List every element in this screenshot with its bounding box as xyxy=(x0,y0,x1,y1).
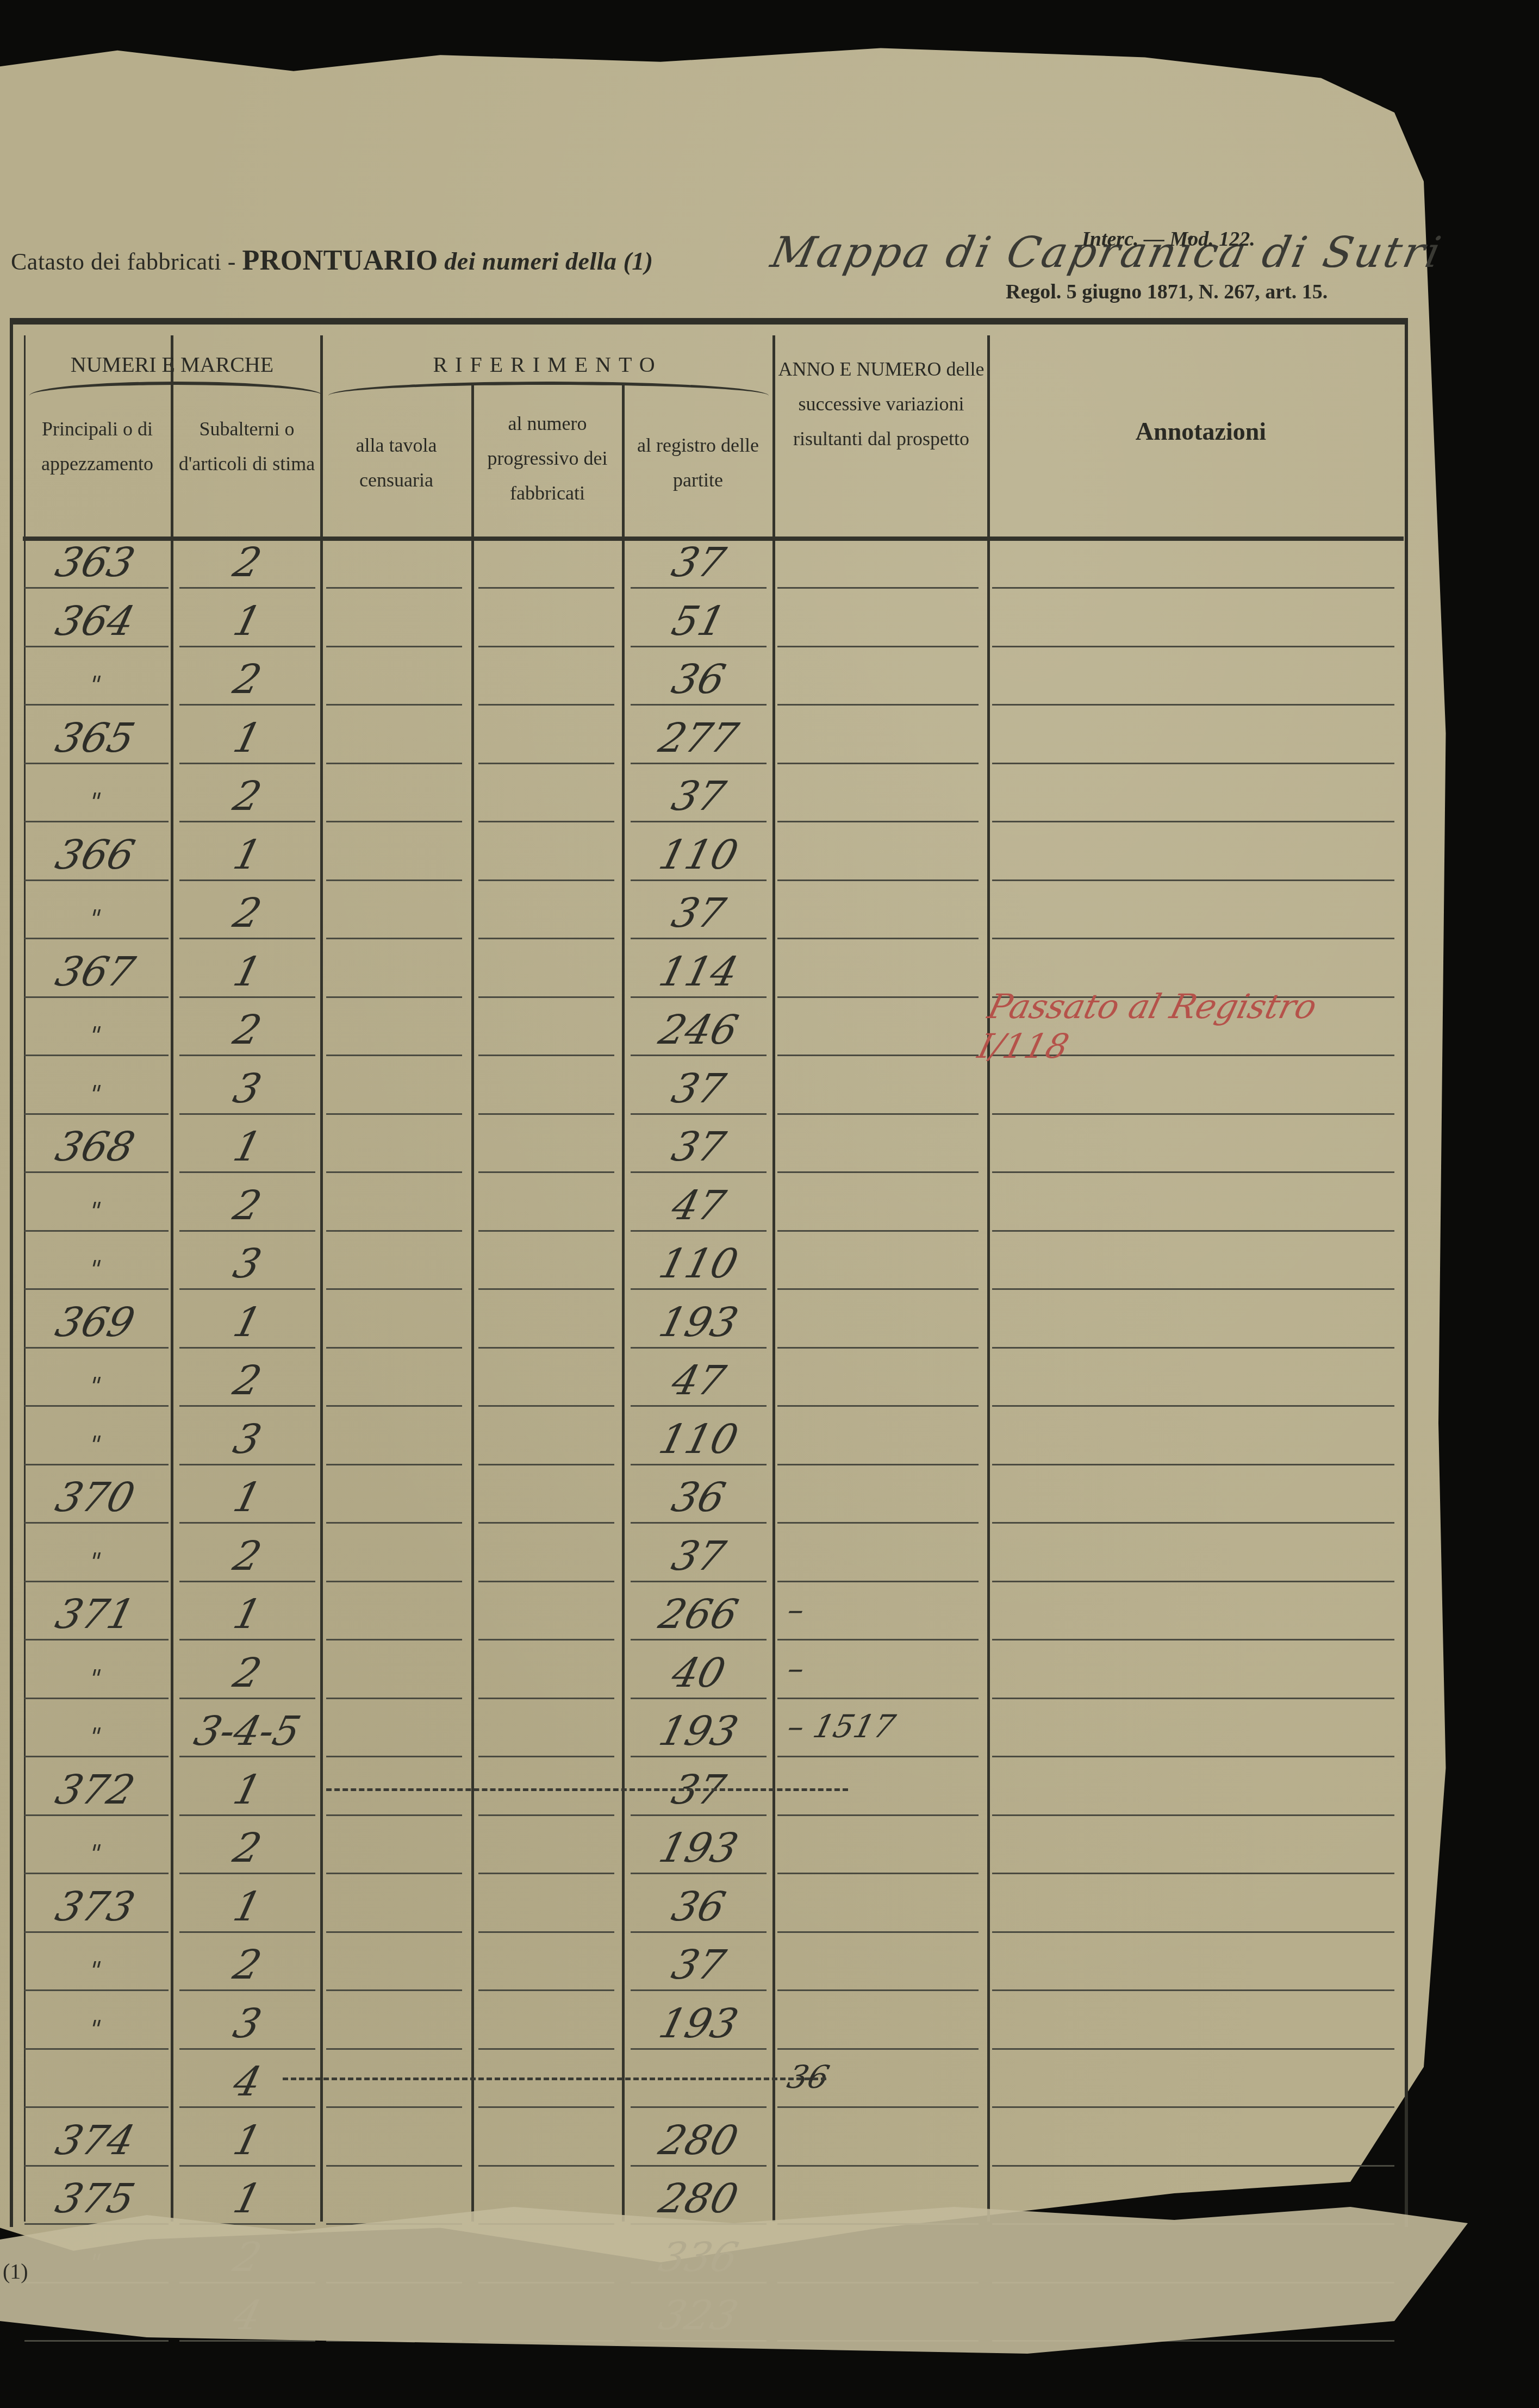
row-rule xyxy=(179,1581,315,1582)
row-rule xyxy=(24,587,169,589)
col-divider xyxy=(622,384,625,2222)
row-rule xyxy=(777,1230,979,1232)
row-rule xyxy=(24,996,169,998)
cell-subalterno: 4 xyxy=(168,2058,326,2105)
row-rule xyxy=(631,2106,767,2108)
row-rule xyxy=(478,1698,614,1699)
row-rule xyxy=(326,1347,462,1349)
row-rule xyxy=(478,704,614,706)
row-rule xyxy=(326,1989,462,1991)
row-rule xyxy=(24,763,169,764)
row-rule xyxy=(478,1055,614,1056)
cell-principale: 368 xyxy=(16,1124,174,1170)
row-rule xyxy=(24,1756,169,1757)
row-rule xyxy=(326,1055,462,1056)
row-rule xyxy=(992,1989,1394,1991)
row-rule xyxy=(777,1171,979,1173)
row-rule xyxy=(326,1756,462,1757)
cell-principale: " xyxy=(18,1957,172,1985)
row-rule xyxy=(179,1347,315,1349)
torn-paper-edge xyxy=(0,2207,1468,2370)
row-rule xyxy=(631,1873,767,1874)
row-rule xyxy=(631,763,767,764)
row-rule xyxy=(478,1873,614,1874)
row-rule xyxy=(179,1288,315,1290)
row-rule xyxy=(24,1522,169,1524)
header-line: Catasto dei fabbricati - PRONTUARIO dei … xyxy=(11,245,653,277)
row-rule xyxy=(179,646,315,647)
cell-subalterno: 1 xyxy=(168,1474,326,1521)
row-rule xyxy=(631,704,767,706)
row-rule xyxy=(631,1464,767,1465)
row-rule xyxy=(478,2165,614,2167)
row-rule xyxy=(777,1055,979,1056)
row-rule xyxy=(478,1931,614,1933)
row-rule xyxy=(631,1814,767,1816)
cell-subalterno: 2 xyxy=(168,1942,326,1988)
row-rule xyxy=(24,1639,169,1640)
cell-subalterno: 3 xyxy=(168,2000,326,2047)
cell-registro: 110 xyxy=(619,832,777,878)
row-rule xyxy=(24,1814,169,1816)
row-rule xyxy=(992,821,1394,822)
row-rule xyxy=(631,1639,767,1640)
row-rule xyxy=(326,1931,462,1933)
row-rule xyxy=(631,879,767,881)
col-header-numero-progressivo: al numero progressivo dei fabbricati xyxy=(474,406,621,510)
row-rule xyxy=(24,2048,169,2050)
col-header-anno-numero: ANNO E NUMERO delle successive variazion… xyxy=(775,352,987,456)
row-rule xyxy=(631,1581,767,1582)
cell-principale: " xyxy=(18,1081,172,1108)
cell-principale: " xyxy=(18,2016,172,2043)
row-rule xyxy=(777,2106,979,2108)
cell-subalterno: 3 xyxy=(168,1416,326,1463)
cell-variazioni: – xyxy=(773,1591,1000,1628)
cell-subalterno: 3-4-5 xyxy=(168,1708,326,1755)
row-rule xyxy=(326,1814,462,1816)
row-rule xyxy=(24,879,169,881)
row-rule xyxy=(992,879,1394,881)
row-rule xyxy=(179,1989,315,1991)
row-rule xyxy=(179,1405,315,1407)
cell-principale: 367 xyxy=(16,949,174,995)
row-rule xyxy=(326,1873,462,1874)
cell-subalterno: 2 xyxy=(168,1182,326,1229)
row-rule xyxy=(992,1405,1394,1407)
col-header-principali: Principali o di appezzamento xyxy=(24,411,171,481)
row-rule xyxy=(326,763,462,764)
row-rule xyxy=(992,763,1394,764)
cell-registro: 37 xyxy=(619,1942,777,1988)
strike-dashed-line xyxy=(283,2078,826,2080)
row-rule xyxy=(179,1171,315,1173)
cell-subalterno: 1 xyxy=(168,832,326,878)
row-rule xyxy=(478,879,614,881)
row-rule xyxy=(24,821,169,822)
row-rule xyxy=(326,821,462,822)
cell-principale: 375 xyxy=(16,2175,174,2222)
row-rule xyxy=(777,1814,979,1816)
cell-principale: " xyxy=(18,1197,172,1225)
row-rule xyxy=(478,1347,614,1349)
row-rule xyxy=(326,2106,462,2108)
cell-principale: 364 xyxy=(16,598,174,645)
row-rule xyxy=(326,704,462,706)
row-rule xyxy=(777,1873,979,1874)
cell-subalterno: 2 xyxy=(168,1825,326,1871)
row-rule xyxy=(179,938,315,939)
row-rule xyxy=(179,821,315,822)
cell-registro: 193 xyxy=(619,2000,777,2047)
row-rule xyxy=(179,2340,315,2342)
col-divider xyxy=(987,335,990,2222)
row-rule xyxy=(478,2048,614,2050)
cell-registro: 193 xyxy=(619,1708,777,1755)
row-rule xyxy=(631,1989,767,1991)
row-rule xyxy=(777,1756,979,1757)
cell-principale: 373 xyxy=(16,1883,174,1930)
row-rule xyxy=(992,1171,1394,1173)
row-rule xyxy=(24,1989,169,1991)
cell-variazioni: 36 xyxy=(773,2058,1000,2095)
row-rule xyxy=(478,1405,614,1407)
cell-registro: 47 xyxy=(619,1182,777,1229)
strike-dashed-line xyxy=(326,1788,848,1791)
row-rule xyxy=(777,587,979,589)
row-rule xyxy=(631,1931,767,1933)
row-rule xyxy=(478,938,614,939)
row-rule xyxy=(992,1639,1394,1640)
footnote-marker: (1) xyxy=(3,2259,28,2284)
row-rule xyxy=(179,1055,315,1056)
cell-registro: 280 xyxy=(619,2175,777,2222)
row-rule xyxy=(326,1288,462,1290)
row-rule xyxy=(631,1171,767,1173)
cell-subalterno: 1 xyxy=(168,2117,326,2164)
row-rule xyxy=(326,1581,462,1582)
row-rule xyxy=(478,763,614,764)
row-rule xyxy=(992,1522,1394,1524)
cell-registro: 193 xyxy=(619,1825,777,1871)
row-rule xyxy=(24,646,169,647)
row-rule xyxy=(478,1814,614,1816)
row-rule xyxy=(24,1055,169,1056)
row-rule xyxy=(992,1698,1394,1699)
row-rule xyxy=(179,1873,315,1874)
cell-subalterno: 1 xyxy=(168,715,326,762)
row-rule xyxy=(179,763,315,764)
cell-registro: 51 xyxy=(619,598,777,645)
row-rule xyxy=(478,1581,614,1582)
row-rule xyxy=(24,1931,169,1933)
row-rule xyxy=(478,1171,614,1173)
row-rule xyxy=(992,1873,1394,1874)
cell-variazioni: – 1517 xyxy=(773,1708,1000,1745)
row-rule xyxy=(478,587,614,589)
row-rule xyxy=(631,2048,767,2050)
cell-principale: 370 xyxy=(16,1474,174,1521)
row-rule xyxy=(777,1989,979,1991)
row-rule xyxy=(326,1113,462,1115)
row-rule xyxy=(326,1639,462,1640)
row-rule xyxy=(777,646,979,647)
row-rule xyxy=(777,1405,979,1407)
row-rule xyxy=(24,1581,169,1582)
row-rule xyxy=(631,938,767,939)
cell-subalterno: 2 xyxy=(168,656,326,703)
row-rule xyxy=(326,1464,462,1465)
cell-subalterno: 1 xyxy=(168,1883,326,1930)
row-rule xyxy=(992,2165,1394,2167)
row-rule xyxy=(777,1288,979,1290)
row-rule xyxy=(179,587,315,589)
row-rule xyxy=(631,1405,767,1407)
cell-registro: 277 xyxy=(619,715,777,762)
row-rule xyxy=(992,1814,1394,1816)
cell-principale: 374 xyxy=(16,2117,174,2164)
cell-registro: 37 xyxy=(619,1065,777,1112)
cell-subalterno: 2 xyxy=(168,1007,326,1053)
cell-registro: 37 xyxy=(619,1533,777,1580)
cell-registro: 37 xyxy=(619,1124,777,1170)
row-rule xyxy=(326,2048,462,2050)
cell-principale: " xyxy=(18,1723,172,1751)
row-rule xyxy=(777,1113,979,1115)
row-rule xyxy=(179,1230,315,1232)
cell-principale: 372 xyxy=(16,1767,174,1813)
col-header-registro: al registro delle partite xyxy=(625,428,771,497)
row-rule xyxy=(777,821,979,822)
cell-subalterno: 3 xyxy=(168,1065,326,1112)
row-rule xyxy=(24,1113,169,1115)
row-rule xyxy=(631,2165,767,2167)
brace xyxy=(29,382,323,396)
row-rule xyxy=(326,879,462,881)
cell-registro: 36 xyxy=(619,1474,777,1521)
cell-registro: 47 xyxy=(619,1357,777,1404)
annotation-red-note: Passato al Registro I/118 xyxy=(974,987,1374,1066)
row-rule xyxy=(777,1581,979,1582)
row-rule xyxy=(326,1405,462,1407)
row-rule xyxy=(631,1698,767,1699)
row-rule xyxy=(777,1698,979,1699)
row-rule xyxy=(24,1171,169,1173)
row-rule xyxy=(478,1113,614,1115)
cell-registro: 266 xyxy=(619,1591,777,1638)
row-rule xyxy=(631,1288,767,1290)
cell-principale: 363 xyxy=(16,539,174,586)
row-rule xyxy=(326,1171,462,1173)
row-rule xyxy=(777,1464,979,1465)
cell-registro: 40 xyxy=(619,1650,777,1696)
row-rule xyxy=(179,2048,315,2050)
row-rule xyxy=(992,1347,1394,1349)
row-rule xyxy=(777,1522,979,1524)
row-rule xyxy=(179,704,315,706)
row-rule xyxy=(992,1113,1394,1115)
row-rule xyxy=(24,938,169,939)
row-rule xyxy=(631,1230,767,1232)
row-rule xyxy=(992,1288,1394,1290)
header-prefix: Catasto dei fabbricati - xyxy=(11,248,236,275)
col-header-tavola: alla tavola censuaria xyxy=(323,428,470,497)
row-rule xyxy=(179,879,315,881)
cell-principale: 365 xyxy=(16,715,174,762)
header-title: PRONTUARIO xyxy=(242,245,438,276)
row-rule xyxy=(777,763,979,764)
row-rule xyxy=(478,821,614,822)
row-rule xyxy=(24,1288,169,1290)
cell-registro: 37 xyxy=(619,773,777,820)
row-rule xyxy=(992,2106,1394,2108)
row-rule xyxy=(631,996,767,998)
group-header-numeri: NUMERI E MARCHE xyxy=(24,352,320,377)
row-rule xyxy=(777,1347,979,1349)
cell-registro: 36 xyxy=(619,656,777,703)
cell-registro: 246 xyxy=(619,1007,777,1053)
cell-subalterno: 1 xyxy=(168,949,326,995)
row-rule xyxy=(777,704,979,706)
cell-subalterno: 1 xyxy=(168,1124,326,1170)
row-rule xyxy=(992,1230,1394,1232)
row-rule xyxy=(992,1756,1394,1757)
cell-principale: " xyxy=(18,1373,172,1400)
cell-principale: " xyxy=(18,1548,172,1576)
cell-principale: " xyxy=(18,905,172,933)
row-rule xyxy=(478,1230,614,1232)
cell-registro: 110 xyxy=(619,1416,777,1463)
row-rule xyxy=(631,821,767,822)
form-code: Interc. — Mod. 122. xyxy=(1082,227,1255,251)
row-rule xyxy=(478,1639,614,1640)
row-rule xyxy=(777,879,979,881)
row-rule xyxy=(179,2165,315,2167)
row-rule xyxy=(478,1288,614,1290)
row-rule xyxy=(326,996,462,998)
row-rule xyxy=(992,587,1394,589)
cell-registro: 110 xyxy=(619,1240,777,1287)
row-rule xyxy=(326,938,462,939)
row-rule xyxy=(478,1522,614,1524)
row-rule xyxy=(179,1814,315,1816)
row-rule xyxy=(631,1055,767,1056)
row-rule xyxy=(179,1639,315,1640)
cell-principale: " xyxy=(18,1665,172,1693)
row-rule xyxy=(179,1698,315,1699)
row-rule xyxy=(478,996,614,998)
row-rule xyxy=(992,938,1394,939)
row-rule xyxy=(24,2165,169,2167)
row-rule xyxy=(326,1522,462,1524)
row-rule xyxy=(326,646,462,647)
group-header-riferimento: RIFERIMENTO xyxy=(323,352,772,377)
cell-principale: 366 xyxy=(16,832,174,878)
cell-registro: 37 xyxy=(619,539,777,586)
cell-subalterno: 1 xyxy=(168,1767,326,1813)
cell-principale: " xyxy=(18,1022,172,1050)
row-rule xyxy=(24,1347,169,1349)
header-subtitle: dei numeri della (1) xyxy=(444,247,653,275)
row-rule xyxy=(326,2165,462,2167)
col-header-annotazioni: Annotazioni xyxy=(1000,417,1402,446)
row-rule xyxy=(992,646,1394,647)
cell-subalterno: 1 xyxy=(168,1591,326,1638)
cell-subalterno: 1 xyxy=(168,1299,326,1346)
row-rule xyxy=(179,1756,315,1757)
row-rule xyxy=(478,1989,614,1991)
col-divider xyxy=(772,335,775,2222)
cell-principale: " xyxy=(18,1840,172,1868)
cell-registro: 114 xyxy=(619,949,777,995)
cell-subalterno: 2 xyxy=(168,890,326,937)
cell-subalterno: 1 xyxy=(168,598,326,645)
row-rule xyxy=(326,1230,462,1232)
cell-subalterno: 2 xyxy=(168,539,326,586)
row-rule xyxy=(631,646,767,647)
row-rule xyxy=(631,1347,767,1349)
cell-variazioni: – xyxy=(773,1650,1000,1687)
cell-principale: " xyxy=(18,788,172,816)
row-rule xyxy=(631,587,767,589)
row-rule xyxy=(992,1464,1394,1465)
row-rule xyxy=(992,1931,1394,1933)
row-rule xyxy=(478,646,614,647)
row-rule xyxy=(631,1522,767,1524)
row-rule xyxy=(992,1581,1394,1582)
cell-subalterno: 3 xyxy=(168,1240,326,1287)
row-rule xyxy=(24,2106,169,2108)
row-rule xyxy=(777,996,979,998)
cell-subalterno: 2 xyxy=(168,1357,326,1404)
cell-subalterno: 1 xyxy=(168,2175,326,2222)
cell-subalterno: 2 xyxy=(168,1650,326,1696)
cell-subalterno: 2 xyxy=(168,773,326,820)
row-rule xyxy=(631,1113,767,1115)
brace xyxy=(328,382,769,396)
row-rule xyxy=(179,1113,315,1115)
row-rule xyxy=(777,2048,979,2050)
row-rule xyxy=(326,1698,462,1699)
row-rule xyxy=(24,2340,169,2342)
cell-principale: 371 xyxy=(16,1591,174,1638)
cell-registro: 280 xyxy=(619,2117,777,2164)
col-header-subalterni: Subalterni o d'articoli di stima xyxy=(173,411,320,481)
row-rule xyxy=(179,996,315,998)
row-rule xyxy=(24,1230,169,1232)
row-rule xyxy=(24,704,169,706)
row-rule xyxy=(777,1931,979,1933)
row-rule xyxy=(777,938,979,939)
row-rule xyxy=(24,1464,169,1465)
row-rule xyxy=(326,587,462,589)
cell-principale: " xyxy=(18,671,172,699)
cell-registro: 193 xyxy=(619,1299,777,1346)
row-rule xyxy=(179,1522,315,1524)
row-rule xyxy=(179,1931,315,1933)
cell-principale: 369 xyxy=(16,1299,174,1346)
row-rule xyxy=(631,1756,767,1757)
cell-registro: 37 xyxy=(619,890,777,937)
row-rule xyxy=(24,1405,169,1407)
cell-principale: " xyxy=(18,1431,172,1459)
regulation-ref: Regol. 5 giugno 1871, N. 267, art. 15. xyxy=(1006,280,1328,304)
cell-registro: 36 xyxy=(619,1883,777,1930)
cell-subalterno: 2 xyxy=(168,1533,326,1580)
row-rule xyxy=(24,1873,169,1874)
row-rule xyxy=(777,2165,979,2167)
row-rule xyxy=(478,1756,614,1757)
